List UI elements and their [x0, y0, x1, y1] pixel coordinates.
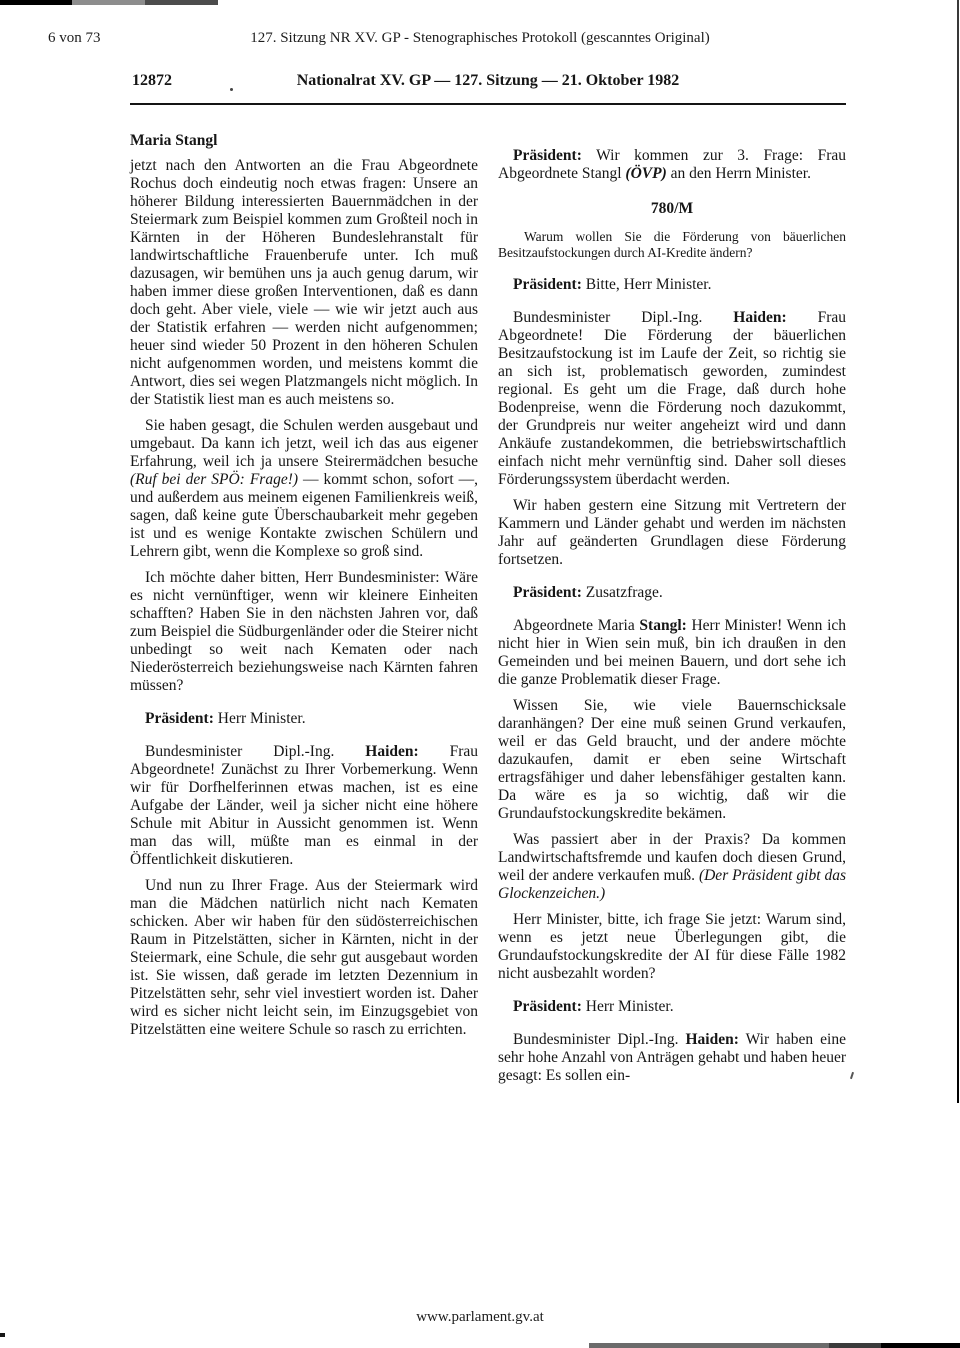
speech-paragraph: Ich möchte daher bitten, Herr Bundesmini… — [130, 569, 478, 695]
document-title: 127. Sitzung NR XV. GP - Stenographische… — [250, 30, 710, 46]
question-number-heading: 780/M — [498, 200, 846, 218]
scan-artifact-speck — [230, 88, 233, 91]
text-segment: Herr Minister. — [582, 998, 674, 1015]
text-segment: Und nun zu Ihrer Frage. Aus der Steierma… — [130, 877, 478, 1038]
page-header: 12872 Nationalrat XV. GP — 127. Sitzung … — [130, 72, 846, 105]
text-segment: Haiden: — [733, 309, 786, 326]
text-segment: Präsident: — [513, 998, 582, 1015]
scan-artifact-speck — [0, 1333, 5, 1337]
question-text: Warum wollen Sie die Förderung von bäuer… — [498, 229, 846, 261]
left-column: Maria Stangljetzt nach den Antworten an … — [130, 132, 478, 1093]
text-segment: Warum wollen Sie die Förderung von bäuer… — [498, 229, 846, 260]
text-segment: Herr Minister. — [214, 710, 306, 727]
text-segment: Präsident: — [513, 147, 582, 164]
text-segment: Bundesminister Dipl.-Ing. — [513, 309, 733, 326]
text-segment: Haiden: — [365, 743, 418, 760]
two-column-text: Maria Stangljetzt nach den Antworten an … — [130, 132, 846, 1093]
speech-paragraph: Wir haben gestern eine Sitzung mit Vertr… — [498, 497, 846, 569]
text-segment: Sie haben gesagt, die Schulen werden aus… — [130, 417, 478, 470]
text-segment: (ÖVP) — [625, 165, 666, 182]
speech-paragraph: Was passiert aber in der Praxis? Da komm… — [498, 831, 846, 903]
text-segment: 780/M — [651, 200, 693, 217]
scan-artifact-right-edge-line — [957, 0, 959, 1103]
speech-paragraph: jetzt nach den Antworten an die Frau Abg… — [130, 157, 478, 409]
footer-url: www.parlament.gv.at — [416, 1309, 544, 1325]
president-line: Präsident: Herr Minister. — [130, 710, 478, 728]
president-line: Präsident: Zusatzfrage. — [498, 584, 846, 602]
speech-paragraph: Abgeordnete Maria Stangl: Herr Minister!… — [498, 617, 846, 689]
right-column: Präsident: Wir kommen zur 3. Frage: Frau… — [498, 132, 846, 1093]
scan-artifact-bottom-bar — [589, 1343, 960, 1348]
text-segment: Haiden: — [685, 1031, 738, 1048]
text-segment: Bundesminister Dipl.-Ing. — [145, 743, 365, 760]
text-segment: Stangl: — [639, 617, 686, 634]
text-segment: Bitte, Herr Minister. — [582, 276, 712, 293]
text-segment: Präsident: — [145, 710, 214, 727]
text-segment: Bundesminister Dipl.-Ing. — [513, 1031, 685, 1048]
continuation-speaker-heading: Maria Stangl — [130, 132, 478, 150]
text-segment: (Ruf bei der SPÖ: Frage!) — [130, 471, 298, 488]
text-segment: jetzt nach den Antworten an die Frau Abg… — [130, 157, 478, 408]
speech-paragraph: Bundesminister Dipl.-Ing. Haiden: Frau A… — [498, 309, 846, 489]
page-indicator: 6 von 73 — [48, 29, 101, 47]
speech-paragraph: Sie haben gesagt, die Schulen werden aus… — [130, 417, 478, 561]
session-title: Nationalrat XV. GP — 127. Sitzung — 21. … — [130, 72, 846, 90]
scanned-protocol-page: 6 von 73 127. Sitzung NR XV. GP - Stenog… — [0, 0, 960, 1348]
speech-paragraph: Bundesminister Dipl.-Ing. Haiden: Frau A… — [130, 743, 478, 869]
speech-paragraph: Herr Minister, bitte, ich frage Sie jetz… — [498, 911, 846, 983]
president-line: Präsident: Herr Minister. — [498, 998, 846, 1016]
speech-paragraph: Bundesminister Dipl.-Ing. Haiden: Wir ha… — [498, 1031, 846, 1085]
president-line: Präsident: Wir kommen zur 3. Frage: Frau… — [498, 147, 846, 183]
text-segment: Frau Abgeordnete! Zunächst zu Ihrer Vorb… — [130, 743, 478, 868]
text-segment: Präsident: — [513, 276, 582, 293]
text-segment: Wir haben gestern eine Sitzung mit Vertr… — [498, 497, 846, 568]
text-segment: Präsident: — [513, 584, 582, 601]
text-segment: Abgeordnete Maria — [513, 617, 639, 634]
text-segment: Ich möchte daher bitten, Herr Bundesmini… — [130, 569, 478, 694]
scan-artifact-speck — [850, 1072, 854, 1079]
text-segment: Wissen Sie, wie viele Bauernschicksale d… — [498, 697, 846, 822]
scan-artifact-top-bar — [0, 0, 218, 5]
text-segment: Zusatzfrage. — [582, 584, 663, 601]
scan-header: 6 von 73 127. Sitzung NR XV. GP - Stenog… — [0, 29, 960, 47]
speech-paragraph: Und nun zu Ihrer Frage. Aus der Steierma… — [130, 877, 478, 1039]
president-line: Präsident: Bitte, Herr Minister. — [498, 276, 846, 294]
text-segment: Frau Abgeordnete! Die Förderung der bäue… — [498, 309, 846, 488]
footer: www.parlament.gv.at — [0, 1309, 960, 1326]
printed-page-content: 12872 Nationalrat XV. GP — 127. Sitzung … — [130, 72, 846, 1093]
printed-page-number: 12872 — [132, 72, 172, 90]
text-segment: an den Herrn Minister. — [667, 165, 811, 182]
text-segment: Maria Stangl — [130, 132, 217, 149]
speech-paragraph: Wissen Sie, wie viele Bauernschicksale d… — [498, 697, 846, 823]
text-segment: Herr Minister, bitte, ich frage Sie jetz… — [498, 911, 846, 982]
